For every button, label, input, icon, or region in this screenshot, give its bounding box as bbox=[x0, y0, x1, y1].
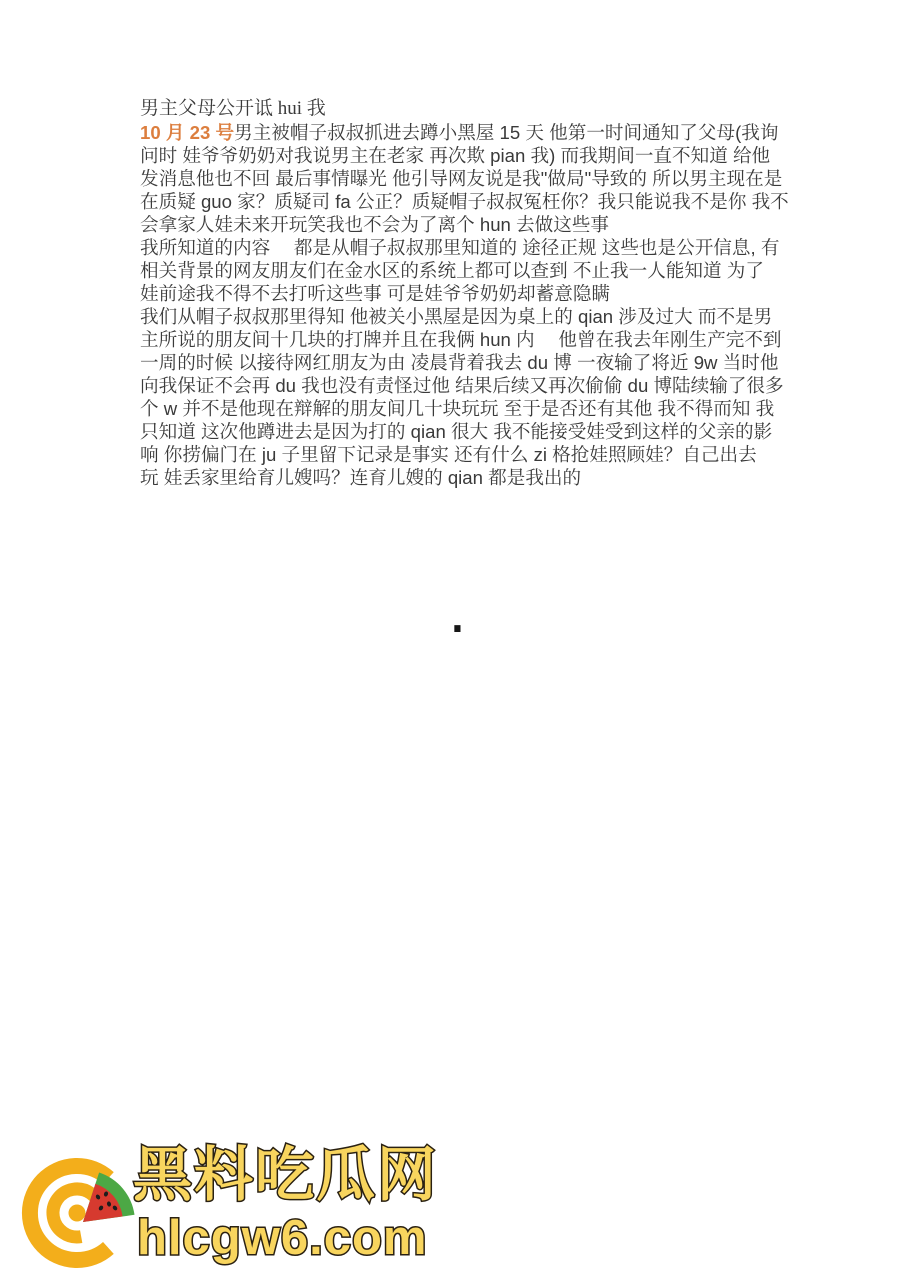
watermelon-icon bbox=[20, 1150, 146, 1276]
text-line: 10 月 23 号男主被帽子叔叔抓进去蹲小黑屋 15 天 他第一时间通知了父母(… bbox=[140, 121, 772, 144]
text-span: 娃前途我不得不去打听这些事 可是娃爷爷奶奶却蓄意隐瞒 bbox=[140, 283, 610, 304]
text-line: 相关背景的网友朋友们在金水区的系统上都可以查到 不止我一人能知道 为了 bbox=[140, 259, 772, 282]
text-span: 问时 娃爷爷奶奶对我说男主在老家 再次欺 pian 我) 而我期间一直不知道 给… bbox=[140, 145, 770, 166]
text-line: 向我保证不会再 du 我也没有责怪过他 结果后续又再次偷偷 du 博陆续输了很多 bbox=[140, 374, 772, 397]
text-span: 只知道 这次他蹲进去是因为打的 qian 很大 我不能接受娃受到这样的父亲的影 bbox=[140, 421, 772, 442]
text-span: 一周的时候 以接待网红朋友为由 凌晨背着我去 du 博 一夜输了将近 9w 当时… bbox=[140, 352, 778, 373]
text-span: 玩 娃丢家里给育儿嫂吗？连育儿嫂的 qian 都是我出的 bbox=[140, 467, 581, 488]
text-line: 我们从帽子叔叔那里得知 他被关小黑屋是因为桌上的 qian 涉及过大 而不是男 bbox=[140, 305, 772, 328]
text-line: 在质疑 guo 家？质疑司 fa 公正？质疑帽子叔叔冤枉你？我只能说我不是你 我… bbox=[140, 190, 772, 213]
text-line: 主所说的朋友间十几块的打牌并且在我俩 hun 内 他曾在我去年刚生产完不到 bbox=[140, 328, 772, 351]
text-span: 主所说的朋友间十几块的打牌并且在我俩 hun 内 他曾在我去年刚生产完不到 bbox=[140, 329, 782, 350]
text-span: 相关背景的网友朋友们在金水区的系统上都可以查到 不止我一人能知道 为了 bbox=[140, 260, 764, 281]
article-text-block: 男主父母公开诋 hui 我 10 月 23 号男主被帽子叔叔抓进去蹲小黑屋 15… bbox=[140, 97, 772, 489]
article-body: 10 月 23 号男主被帽子叔叔抓进去蹲小黑屋 15 天 他第一时间通知了父母(… bbox=[140, 121, 772, 489]
text-span: 个 w 并不是他现在辩解的朋友间几十块玩玩 至于是否还有其他 我不得而知 我 bbox=[140, 398, 774, 419]
text-line: 娃前途我不得不去打听这些事 可是娃爷爷奶奶却蓄意隐瞒 bbox=[140, 282, 772, 305]
text-line: 会拿家人娃未来开玩笑我也不会为了离个 hun 去做这些事 bbox=[140, 213, 772, 236]
article-title: 男主父母公开诋 hui 我 bbox=[140, 97, 772, 121]
text-line: 一周的时候 以接待网红朋友为由 凌晨背着我去 du 博 一夜输了将近 9w 当时… bbox=[140, 351, 772, 374]
text-line: 响 你捞偏门在 ju 子里留下记录是事实 还有什么 zi 格抢娃照顾娃？自己出去 bbox=[140, 443, 772, 466]
text-span: 男主被帽子叔叔抓进去蹲小黑屋 15 天 他第一时间通知了父母(我询 bbox=[234, 122, 778, 143]
text-line: 问时 娃爷爷奶奶对我说男主在老家 再次欺 pian 我) 而我期间一直不知道 给… bbox=[140, 144, 772, 167]
text-span: 发消息他也不回 最后事情曝光 他引导网友说是我"做局"导致的 所以男主现在是 bbox=[140, 168, 782, 189]
text-line: 玩 娃丢家里给育儿嫂吗？连育儿嫂的 qian 都是我出的 bbox=[140, 466, 772, 489]
text-line: 只知道 这次他蹲进去是因为打的 qian 很大 我不能接受娃受到这样的父亲的影 bbox=[140, 420, 772, 443]
text-span: 在质疑 guo 家？质疑司 fa 公正？质疑帽子叔叔冤枉你？我只能说我不是你 我… bbox=[140, 191, 789, 212]
text-span: 向我保证不会再 du 我也没有责怪过他 结果后续又再次偷偷 du 博陆续输了很多 bbox=[140, 375, 784, 396]
text-line: 发消息他也不回 最后事情曝光 他引导网友说是我"做局"导致的 所以男主现在是 bbox=[140, 167, 772, 190]
ink-dot: . bbox=[446, 600, 469, 638]
footer-logo: 黑料吃瓜网 hlcgw6.com bbox=[20, 1140, 460, 1276]
text-span: 我所知道的内容 都是从帽子叔叔那里知道的 途径正规 这些也是公开信息, 有 bbox=[140, 237, 779, 258]
page: 男主父母公开诋 hui 我 10 月 23 号男主被帽子叔叔抓进去蹲小黑屋 15… bbox=[0, 0, 904, 1280]
text-line: 个 w 并不是他现在辩解的朋友间几十块玩玩 至于是否还有其他 我不得而知 我 bbox=[140, 397, 772, 420]
text-line: 我所知道的内容 都是从帽子叔叔那里知道的 途径正规 这些也是公开信息, 有 bbox=[140, 236, 772, 259]
text-span: 我们从帽子叔叔那里得知 他被关小黑屋是因为桌上的 qian 涉及过大 而不是男 bbox=[140, 306, 772, 327]
date-highlight: 10 月 23 号 bbox=[140, 122, 234, 143]
text-span: 响 你捞偏门在 ju 子里留下记录是事实 还有什么 zi 格抢娃照顾娃？自己出去 bbox=[140, 444, 757, 465]
site-name: 黑料吃瓜网 bbox=[133, 1140, 438, 1210]
site-url: hlcgw6.com bbox=[137, 1207, 427, 1269]
text-span: 会拿家人娃未来开玩笑我也不会为了离个 hun 去做这些事 bbox=[140, 214, 609, 235]
